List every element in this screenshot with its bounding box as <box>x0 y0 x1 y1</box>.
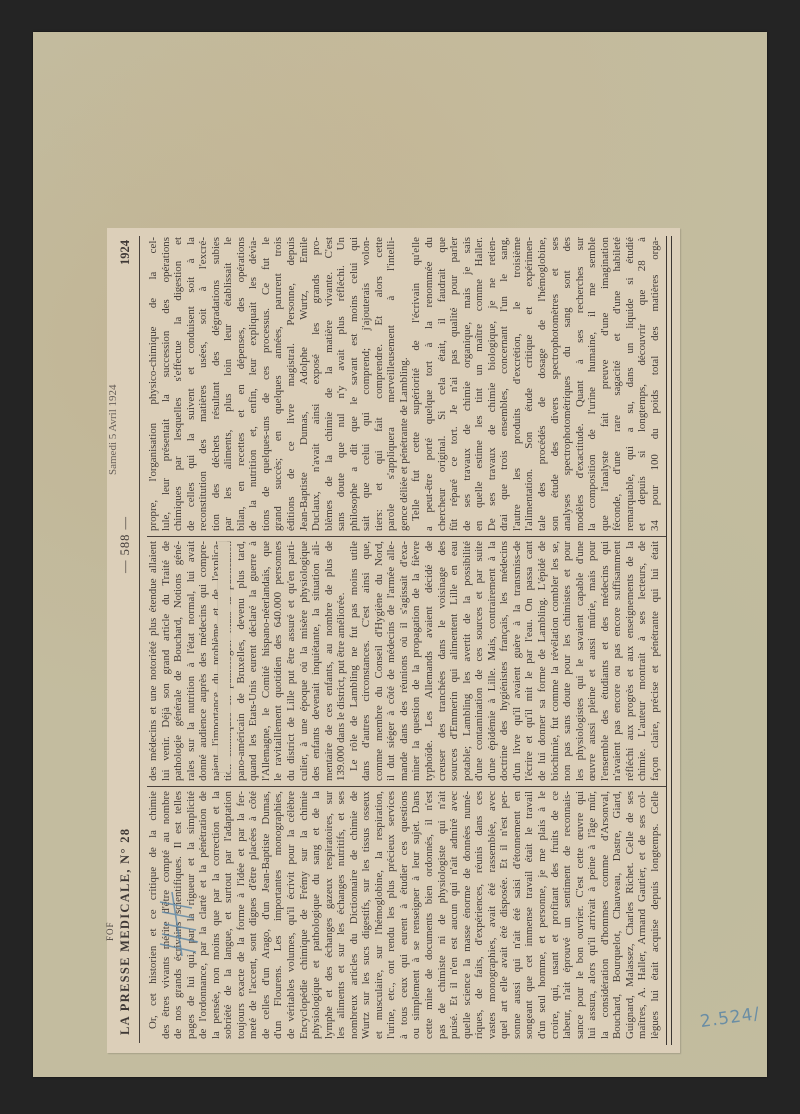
text-line: typhoïde. Les Allemands avaient décidé d… <box>423 541 436 781</box>
text-line: croire, qui, usant et profitant des frui… <box>549 791 562 1039</box>
text-line: d'un seul homme, et personne, je me plai… <box>536 791 549 1039</box>
text-line: la considération d'hommes comme d'Arsonv… <box>599 791 612 1039</box>
text-line: drai que trois ensembles, concernant l'u… <box>498 237 511 531</box>
text-line: quand les Etats-Unis eurent déclaré la g… <box>247 541 260 781</box>
text-line: Jean-Baptiste Dumas, Adolphe Wurtz, Emil… <box>298 237 311 531</box>
text-line: l'autre les produits d'excrétion, le tro… <box>511 237 524 531</box>
text-line: à tous ceux qui eurent à étudier ces que… <box>398 791 411 1039</box>
clipping-content-rotated: LA PRESSE MEDICALE, N° 28 FOF — 588 — Sa… <box>107 228 680 1053</box>
text-line: œuvre aussi pleine et aussi mûrie, mais … <box>586 541 599 781</box>
text-line: physiologique et pathologique du sang et… <box>310 791 323 1039</box>
text-line: blèmes de la chimie de la matière vivant… <box>323 237 336 531</box>
text-line: de lui donner sa forme de Lambling. L'ép… <box>536 541 549 781</box>
text-line: et depuis si longtemps, découvrir que 28… <box>636 237 649 531</box>
text-line: lègues lui était acquise depuis longtemp… <box>649 791 662 1039</box>
text-line: 34 pour 100 du poids total des matières … <box>649 237 662 531</box>
text-line: des médecins et une notoriété plus étend… <box>147 541 160 781</box>
text-line: labeur, n'ait éprouvé un sentiment de re… <box>561 791 574 1039</box>
text-line: chimie. L'auteur montrait à ses lecteurs… <box>636 541 649 781</box>
text-line: 139.000 dans le district, put être améli… <box>335 541 348 781</box>
text-line: d'une contamination de ces sources et pa… <box>473 541 486 781</box>
text-line: tale des procédés de dosage de l'hémoglo… <box>536 237 549 531</box>
text-line: pano-américain de Bruxelles, devenu plus… <box>235 541 248 781</box>
text-line: Guignard, Malassez, Charles Richet. Cell… <box>624 791 637 1039</box>
text-line: Le rôle de Lambling ne fut pas moins uti… <box>348 541 361 781</box>
text-line: du district de Lille put être assuré et … <box>285 541 298 781</box>
issue-year: 1924 <box>118 240 133 265</box>
text-line: philosophe a dit que le savant est moins… <box>348 237 361 531</box>
text-line: remarquable, qui a su, dans un liquide s… <box>624 237 637 531</box>
text-column-3: propre, l'organisation physico-chimique … <box>147 237 667 531</box>
text-line: façon claire, précise et pénétrante qui … <box>649 541 662 781</box>
text-line: lui assura, alors qu'il arrivait à peine… <box>586 791 599 1039</box>
text-line: lule, leur présentait la succession des … <box>160 237 173 531</box>
text-line: gence déliée et pénétrante de Lambling. <box>398 237 411 531</box>
text-line: d'un livre qu'il avaient guère à la tran… <box>511 541 524 781</box>
text-line: de la nutrition et, enfin, leur expliqua… <box>247 237 260 531</box>
text-line: comme membre du Conseil d'Hygiène du Nor… <box>373 541 386 781</box>
text-line: quel art elle avait été disposée. Et il … <box>498 791 511 1039</box>
text-line: Duclaux, n'avait ainsi exposé les grands… <box>310 237 323 531</box>
text-line: et musculaire, sur l'hémoglobine, la res… <box>373 791 386 1039</box>
stamp-text: FOF <box>105 921 115 941</box>
text-line: de celles d'un Arago, d'un Jean-Baptiste… <box>260 791 273 1039</box>
pasted-correction-strip <box>218 542 230 772</box>
text-line: cette mine de documents bien ordonnés, i… <box>423 791 436 1039</box>
text-line: chimiques par lesquelles s'effectue la d… <box>172 237 185 531</box>
text-line: non pas sans doute pour les chimistes et… <box>561 541 574 781</box>
column-separator <box>147 786 667 787</box>
text-line: tion des déchets résultant des dégradati… <box>210 237 223 531</box>
text-line: a peut-être porté quelque tort à la reno… <box>423 237 436 531</box>
text-line: n'avaient pas encore ou pas encore suffi… <box>611 541 624 781</box>
text-line: reconstitution des matières usées, soit … <box>197 237 210 531</box>
text-line: réfléchi aux progrès et aux enseignement… <box>624 541 637 781</box>
text-line: son étude des divers spectrophotomètres … <box>549 237 562 531</box>
text-line: pathologie générale de Bouchard, Notions… <box>172 541 185 781</box>
text-line: toujours exacte de la forme à l'idée et … <box>235 791 248 1039</box>
text-line: les aliments et sur les échanges nutriti… <box>335 791 348 1039</box>
text-line: grand succès; en quelques années, parure… <box>272 237 285 531</box>
text-line: l'Allemagne, le Comité hispano-néerlanda… <box>260 541 273 781</box>
text-line: riques, de faits, d'expériences, réunis … <box>473 791 486 1039</box>
text-line: d'un Flourens. Les importantes monograph… <box>272 791 285 1039</box>
text-line: tions de quelques-uns de ces processus. … <box>260 237 273 531</box>
text-line: tiers: et qui fait comprendre. Et alors … <box>373 237 386 531</box>
text-line: lui venir. Déjà son grand article du Tra… <box>160 541 173 781</box>
text-line: féconde, d'une rare sagacité et d'une ha… <box>611 237 624 531</box>
text-line: de véritables volumes, qu'il écrivit pou… <box>285 791 298 1039</box>
text-line: parole s'appliquera merveilleusement à l… <box>385 237 398 531</box>
text-line: mande dans des réunions où il s'agissait… <box>398 541 411 781</box>
text-line: sonne aussi qui n'ait été saisi d'étonne… <box>511 791 524 1039</box>
text-line: l'alimentation. Son étude critique et ex… <box>523 237 536 531</box>
text-line: Wurtz sur les sucs digestifs, sur les ti… <box>360 791 373 1039</box>
text-line: meté de l'accent, sont dignes d'être pla… <box>247 791 260 1039</box>
publication-title: LA PRESSE MEDICALE, N° 28 <box>118 828 133 1035</box>
text-line: quelle science la masse énorme de donnée… <box>461 791 474 1039</box>
text-line: mentaire de ces enfants, au nombre de pl… <box>323 541 336 781</box>
text-line: sait que celui qui comprend; j'ajouterai… <box>360 237 373 531</box>
text-line: maîtres, A. Haller, Armand Gautier, et d… <box>636 791 649 1039</box>
text-line: sobriété de la langue, et surtout par l'… <box>222 791 235 1039</box>
text-line: par les aliments, plus loin leur établis… <box>222 237 235 531</box>
text-line: Bouchard, Bourquelot, Chauveau, Dastre, … <box>611 791 624 1039</box>
page-number: — 588 — <box>118 516 133 573</box>
text-line: fût réparé ce tort. Je n'ai pas qualité … <box>448 237 461 531</box>
text-line: culier, à une époque où la misère physio… <box>298 541 311 781</box>
text-line: biochimie, fut comme la révélation combl… <box>549 541 562 781</box>
text-line: analyses spectrophotométriques du sang s… <box>561 237 574 531</box>
text-line: Telle fut cette supériorité de l'écrivai… <box>410 237 423 531</box>
text-line: sance pour le bon ouvrier. C'est cette œ… <box>574 791 587 1039</box>
text-line: l'ensemble des étudiants et des médecins… <box>599 541 612 781</box>
text-line: éditions de ce livre magistral. Personne… <box>285 237 298 531</box>
text-line: l'urine, etc., ont rendu les plus précie… <box>385 791 398 1039</box>
bottom-double-rule <box>666 236 672 1045</box>
text-line: lymphe et des échanges gazeux respiratoi… <box>323 791 336 1039</box>
text-line: potable; Lambling les avertit de la poss… <box>461 541 474 781</box>
text-line: de celles qui la suivent et conduisent s… <box>185 237 198 531</box>
text-line: miner la question de la propagation de l… <box>410 541 423 781</box>
clipping-header: LA PRESSE MEDICALE, N° 28 FOF — 588 — Sa… <box>107 228 141 1053</box>
text-column-1: Or, cet historien et ce critique de la c… <box>147 791 667 1039</box>
text-line: chercheur original. Si cela était, il fa… <box>436 237 449 531</box>
text-line: il dut siéger à côté de médecins de l'ar… <box>385 541 398 781</box>
text-line: le ravitaillement quotidien des 640.000 … <box>272 541 285 781</box>
text-line: songeant que cet immense travail était l… <box>523 791 536 1039</box>
text-line: sans doute que nul n'y avait plus réfléc… <box>335 237 348 531</box>
text-line: doctrine des hygiénistes français, les m… <box>498 541 511 781</box>
text-line: pas de chimiste ni de physiologiste qui … <box>436 791 449 1039</box>
text-line: les physiologistes qui le savaient capab… <box>574 541 587 781</box>
text-line: sources d'Emmerin qui alimentent Lille e… <box>448 541 461 781</box>
text-line: dans d'autres circonstances. C'est ainsi… <box>360 541 373 781</box>
header-rule <box>139 236 140 1043</box>
text-line: modèles d'exactitude. Quant à ses recher… <box>574 237 587 531</box>
text-line: la composition de l'urine humaine, il me… <box>586 237 599 531</box>
issue-date: Samedi 5 Avril 1924 <box>107 235 119 475</box>
text-line: puisé. Et il n'en est aucun qui n'ait ad… <box>448 791 461 1039</box>
text-line: des enfants devenait inquiétante, la sit… <box>310 541 323 781</box>
strike-icon <box>156 888 200 958</box>
text-line: Encyclopédie chimique de Frémy sur la ch… <box>298 791 311 1039</box>
text-line: d'une épidémie à Lille. Mais, contrairem… <box>486 541 499 781</box>
text-line: que l'analyste fait preuve d'une imagina… <box>599 237 612 531</box>
text-line: vastes monographies, avait été rassemblé… <box>486 791 499 1039</box>
text-line: donné audience auprès des médecins qui c… <box>197 541 210 781</box>
column-separator <box>147 536 667 537</box>
text-line: en quelle estime les tint un maître comm… <box>473 237 486 531</box>
text-line: creuser des tranchées dans le voisinage … <box>436 541 449 781</box>
text-line: bilan, en recettes et en dépenses, des o… <box>235 237 248 531</box>
text-line: ou simplement à se renseigner à leur suj… <box>410 791 423 1039</box>
text-line: la pensée, non moins que par la correcti… <box>210 791 223 1039</box>
text-line: rales sur la nutrition à l'état normal, … <box>185 541 198 781</box>
text-line: De ses travaux de chimie biologique, je … <box>486 237 499 531</box>
text-line: nombreux articles du Dictionnaire de chi… <box>348 791 361 1039</box>
text-line: l'écrire et qu'il mit le par l'eau. On p… <box>523 541 536 781</box>
text-line: de ses travaux de chimie organique, mais… <box>461 237 474 531</box>
text-line: propre, l'organisation physico-chimique … <box>147 237 160 531</box>
pencil-strike-marks <box>156 888 200 958</box>
